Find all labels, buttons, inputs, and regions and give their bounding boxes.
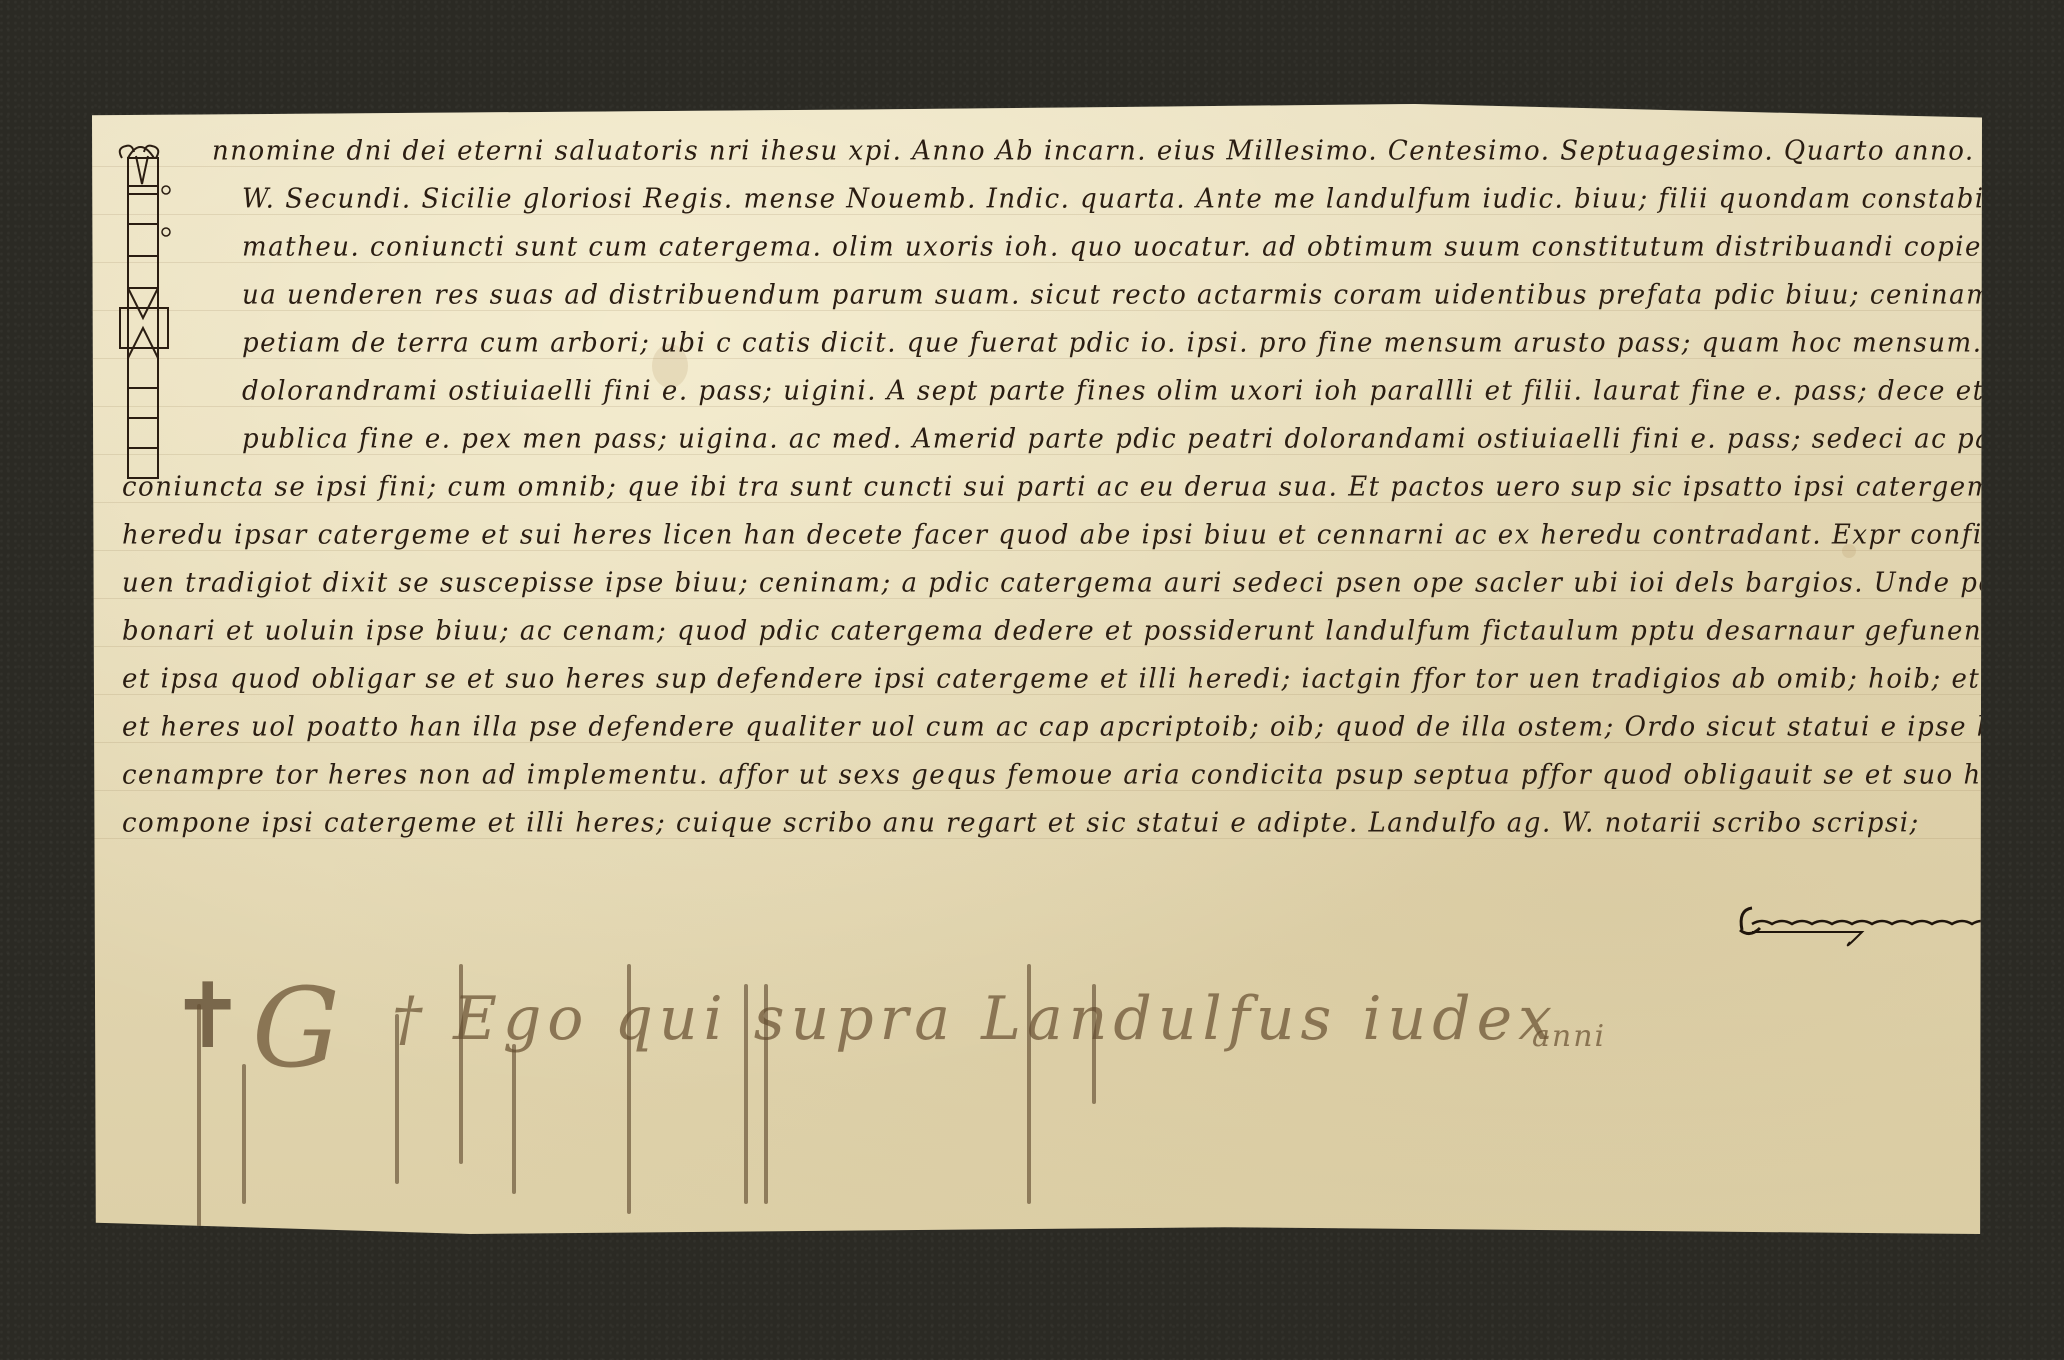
text-line: nnomine dni dei eterni saluatoris nri ih…	[212, 135, 2064, 167]
descender-stroke	[744, 984, 748, 1204]
text-line: cenampre tor heres non ad implementu. af…	[122, 759, 2044, 791]
subscription-trailing: anni	[1532, 1019, 1606, 1054]
text-line: et ipsa quod obligar se et suo heres sup…	[122, 663, 2064, 695]
descender-stroke	[627, 964, 631, 1214]
notary-signum-icon	[1732, 890, 2062, 960]
text-line: et heres uol poatto han illa pse defende…	[122, 711, 2051, 743]
cross-icon: ✝	[170, 964, 245, 1069]
descender-stroke	[395, 1014, 399, 1184]
subscription-ego: G	[252, 964, 340, 1092]
text-line: coniuncta se ipsi fini; cum omnib; que i…	[122, 471, 2048, 503]
descender-stroke	[764, 984, 768, 1204]
descender-stroke	[512, 1044, 516, 1194]
text-line: petiam de terra cum arbori; ubi c catis …	[242, 327, 2064, 359]
text-line: dolorandrami ostiuiaelli fini e. pass; u…	[242, 375, 2064, 407]
text-line: publica fine e. pex men pass; uigina. ac…	[242, 423, 2064, 455]
descender-stroke	[242, 1064, 246, 1204]
text-line: matheu. coniuncti sunt cum catergema. ol…	[242, 231, 2064, 263]
text-line: uen tradigiot dixit se suscepisse ipse b…	[122, 567, 2047, 599]
parchment-charter: I nnomine dni dei eterni saluatoris nri …	[92, 104, 1982, 1234]
decorated-initial-icon	[114, 128, 174, 488]
descender-stroke	[459, 964, 463, 1164]
descender-stroke	[1027, 964, 1031, 1204]
text-line: compone ipsi catergeme et illi heres; cu…	[122, 807, 1920, 839]
text-line: ua uenderen res suas ad distribuendum pa…	[242, 279, 2064, 311]
descender-stroke	[197, 1004, 201, 1234]
text-line: heredu ipsar catergeme et sui heres lice…	[122, 519, 2064, 551]
descender-stroke	[1092, 984, 1096, 1104]
subscription-text: † Ego qui supra Landulfus iudex	[392, 984, 1558, 1054]
text-line: bonari et uoluin ipse biuu; ac cenam; qu…	[122, 615, 2022, 647]
text-line: W. Secundi. Sicilie gloriosi Regis. mens…	[242, 183, 2064, 215]
